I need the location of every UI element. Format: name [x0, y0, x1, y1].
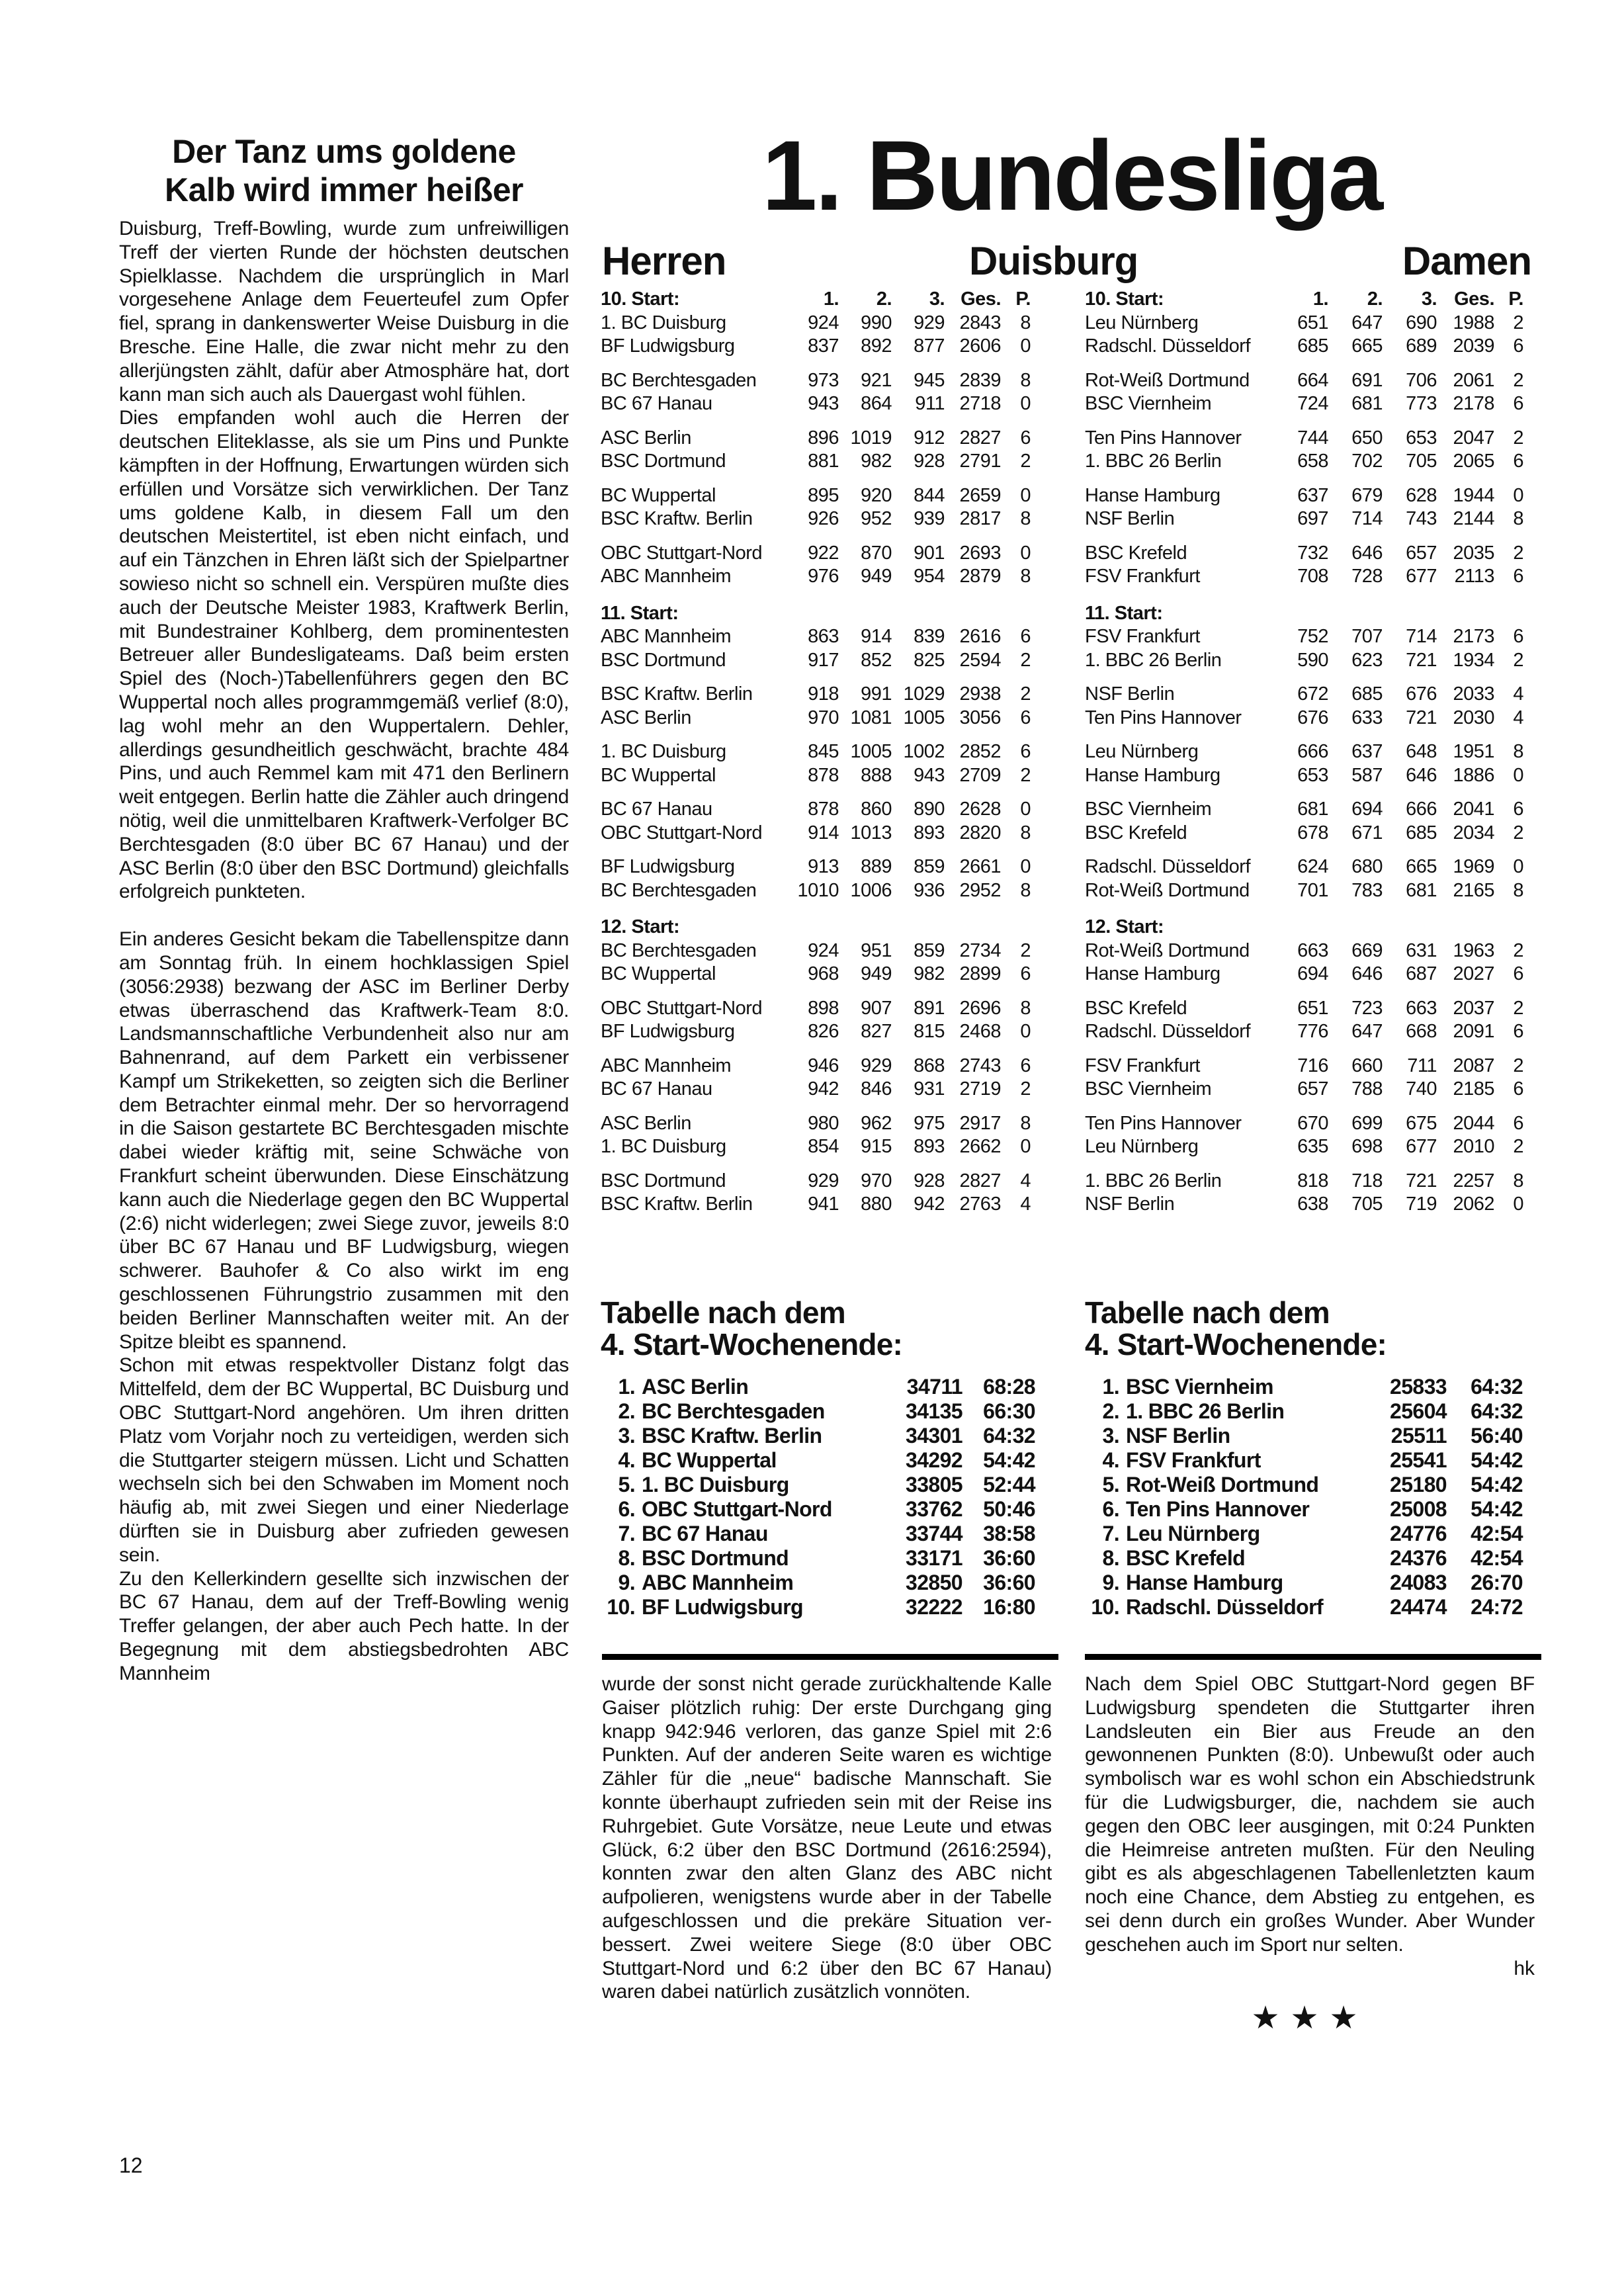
- table-row: 1. BC Duisburg85491589326620: [601, 1135, 1057, 1159]
- score-cell: 721: [1383, 1170, 1437, 1193]
- star-divider-icon: ★★★: [1085, 1999, 1535, 2036]
- score-cell: 718: [1328, 1170, 1383, 1193]
- score-cell: 2185: [1437, 1078, 1494, 1102]
- points: 36:60: [962, 1546, 1035, 1571]
- score-cell: 732: [1282, 542, 1328, 566]
- score-cell: 912: [892, 427, 945, 451]
- points: 64:32: [962, 1424, 1035, 1448]
- column-header-c2: 2.: [1328, 288, 1383, 312]
- damen-heading: Damen: [1402, 238, 1531, 284]
- match-pair: BSC Krefeld73264665720352FSV Frankfurt70…: [1085, 542, 1541, 589]
- table-row: NSF Berlin67268567620334: [1085, 683, 1541, 707]
- table-row: FSV Frankfurt71666071120872: [1085, 1055, 1541, 1078]
- points: 66:30: [962, 1399, 1035, 1424]
- standings-row: 7.BC 67 Hanau3374438:58: [601, 1522, 1057, 1546]
- score-cell: 708: [1282, 565, 1328, 589]
- score-cell: 687: [1383, 963, 1437, 986]
- match-pair: BSC Dortmund92997092828274BSC Kraftw. Be…: [601, 1170, 1057, 1217]
- score-cell: 2: [1494, 369, 1523, 393]
- score-cell: 4: [1494, 683, 1523, 707]
- score-cell: 863: [792, 625, 839, 649]
- total-pins: 25541: [1364, 1448, 1447, 1473]
- team-name: Rot-Weiß Dortmund: [1126, 1473, 1364, 1497]
- score-cell: 891: [892, 997, 945, 1021]
- section-divider: [1085, 1654, 1541, 1660]
- match-pair: BSC Viernheim68169466620416BSC Krefeld67…: [1085, 798, 1541, 845]
- team-name: BSC Dortmund: [601, 649, 792, 673]
- score-cell: 2709: [945, 764, 1001, 788]
- points: 54:42: [962, 1448, 1035, 1473]
- score-cell: 3056: [945, 707, 1001, 730]
- article-paragraph: Schon mit etwas respektvoller Distanz fo…: [119, 1354, 569, 1567]
- total-pins: 33805: [880, 1473, 962, 1497]
- rank: 5.: [1085, 1473, 1126, 1497]
- table-row: ABC Mannheim94692986827436: [601, 1055, 1057, 1078]
- score-cell: 2065: [1437, 450, 1494, 474]
- score-cell: 647: [1328, 1020, 1383, 1044]
- score-cell: 707: [1328, 625, 1383, 649]
- score-cell: 8: [1494, 879, 1523, 903]
- match-pair: FSV Frankfurt71666071120872BSC Viernheim…: [1085, 1055, 1541, 1102]
- team-name: ABC Mannheim: [642, 1571, 880, 1595]
- author-signature: hk: [1085, 1957, 1535, 1981]
- score-cell: 681: [1328, 392, 1383, 416]
- round-block: 10. Start:1.2.3.Ges.P.1. BC Duisburg9249…: [601, 288, 1057, 589]
- table-row: 1. BC Duisburg92499092928438: [601, 312, 1057, 335]
- score-cell: 1944: [1437, 484, 1494, 508]
- score-cell: 888: [839, 764, 892, 788]
- column-header-c3: 3.: [1383, 288, 1437, 312]
- match-pair: BC Berchtesgaden97392194528398BC 67 Hana…: [601, 369, 1057, 416]
- standings-title: Tabelle nach dem 4. Start-Wochenende:: [1085, 1297, 1541, 1360]
- match-pair: ASC Berlin896101991228276BSC Dortmund881…: [601, 427, 1057, 474]
- rank: 3.: [601, 1424, 642, 1448]
- score-cell: 1005: [892, 707, 945, 730]
- standings-row: 2.1. BBC 26 Berlin2560464:32: [1085, 1399, 1541, 1424]
- score-cell: 1951: [1437, 740, 1494, 764]
- score-cell: 668: [1383, 1020, 1437, 1044]
- team-name: BSC Krefeld: [1126, 1546, 1364, 1571]
- score-cell: 913: [792, 855, 839, 879]
- score-cell: 911: [892, 392, 945, 416]
- score-cell: 1963: [1437, 939, 1494, 963]
- total-pins: 33744: [880, 1522, 962, 1546]
- score-cell: 2039: [1437, 335, 1494, 359]
- score-cell: 870: [839, 542, 892, 566]
- score-cell: 2763: [945, 1193, 1001, 1217]
- table-row: Hanse Hamburg69464668720276: [1085, 963, 1541, 986]
- points: 64:32: [1447, 1375, 1523, 1399]
- rank: 4.: [601, 1448, 642, 1473]
- table-row: BSC Krefeld67867168520342: [1085, 822, 1541, 845]
- article-body: Duisburg, Treff-Bowling, wurde zum unfre…: [119, 217, 569, 1686]
- table-row: BSC Dortmund92997092828274: [601, 1170, 1057, 1193]
- score-cell: 878: [792, 764, 839, 788]
- score-cell: 2173: [1437, 625, 1494, 649]
- score-cell: 631: [1383, 939, 1437, 963]
- team-name: BSC Viernheim: [1126, 1375, 1364, 1399]
- match-pair: BF Ludwigsburg91388985926610BC Berchtesg…: [601, 855, 1057, 902]
- table-row: BC Wuppertal89592084426590: [601, 484, 1057, 508]
- score-cell: 0: [1494, 764, 1523, 788]
- team-name: ASC Berlin: [601, 427, 792, 451]
- team-name: Ten Pins Hannover: [1085, 427, 1282, 451]
- score-cell: 657: [1383, 542, 1437, 566]
- section-headings: Herren Duisburg Damen: [599, 238, 1531, 284]
- team-name: BC Wuppertal: [601, 484, 792, 508]
- standings-title: Tabelle nach dem 4. Start-Wochenende:: [601, 1297, 1057, 1360]
- score-cell: 6: [1494, 963, 1523, 986]
- score-cell: 952: [839, 507, 892, 531]
- table-row: BC Wuppertal96894998228996: [601, 963, 1057, 986]
- round-header: 11. Start:: [1085, 602, 1541, 626]
- score-cell: 2659: [945, 484, 1001, 508]
- score-cell: 650: [1328, 427, 1383, 451]
- team-name: OBC Stuttgart-Nord: [601, 542, 792, 566]
- score-cell: 890: [892, 798, 945, 822]
- team-name: 1. BC Duisburg: [601, 1135, 792, 1159]
- score-cell: 676: [1383, 683, 1437, 707]
- score-cell: 898: [792, 997, 839, 1021]
- score-cell: 6: [1494, 1020, 1523, 1044]
- score-cell: 2718: [945, 392, 1001, 416]
- rank: 1.: [1085, 1375, 1126, 1399]
- score-cell: 679: [1328, 484, 1383, 508]
- score-cell: 714: [1383, 625, 1437, 649]
- score-cell: 926: [792, 507, 839, 531]
- table-row: Rot-Weiß Dortmund66366963119632: [1085, 939, 1541, 963]
- score-cell: 664: [1282, 369, 1328, 393]
- score-cell: 694: [1328, 798, 1383, 822]
- table-row: BC 67 Hanau94386491127180: [601, 392, 1057, 416]
- rank: 6.: [601, 1497, 642, 1522]
- score-cell: 859: [892, 939, 945, 963]
- table-row: BSC Viernheim72468177321786: [1085, 392, 1541, 416]
- table-row: FSV Frankfurt75270771421736: [1085, 625, 1541, 649]
- score-cell: 8: [1001, 822, 1031, 845]
- score-cell: 2743: [945, 1055, 1001, 1078]
- points: 50:46: [962, 1497, 1035, 1522]
- team-name: BC 67 Hanau: [601, 1078, 792, 1102]
- headline-line-2: Kalb wird immer heißer: [165, 171, 523, 208]
- team-name: OBC Stuttgart-Nord: [642, 1497, 880, 1522]
- score-cell: 743: [1383, 507, 1437, 531]
- score-cell: 2030: [1437, 707, 1494, 730]
- team-name: ASC Berlin: [601, 707, 792, 730]
- score-cell: 8: [1001, 312, 1031, 335]
- score-cell: 2165: [1437, 879, 1494, 903]
- match-pair: OBC Stuttgart-Nord89890789126968BF Ludwi…: [601, 997, 1057, 1044]
- standings-row: 6.Ten Pins Hannover2500854:42: [1085, 1497, 1541, 1522]
- score-cell: 1010: [792, 879, 839, 903]
- table-row: 1. BBC 26 Berlin81871872122578: [1085, 1170, 1541, 1193]
- score-cell: 8: [1001, 997, 1031, 1021]
- score-cell: 773: [1383, 392, 1437, 416]
- score-cell: 0: [1001, 542, 1031, 566]
- score-cell: 941: [792, 1193, 839, 1217]
- rank: 5.: [601, 1473, 642, 1497]
- score-cell: 859: [892, 855, 945, 879]
- score-cell: 854: [792, 1135, 839, 1159]
- score-cell: 837: [792, 335, 839, 359]
- column-header-points: P.: [1494, 288, 1523, 312]
- rank: 4.: [1085, 1448, 1126, 1473]
- score-cell: 2: [1494, 649, 1523, 673]
- rank: 1.: [601, 1375, 642, 1399]
- score-cell: 2: [1494, 1135, 1523, 1159]
- column-header-c1: 1.: [792, 288, 839, 312]
- score-cell: 917: [792, 649, 839, 673]
- score-cell: 2843: [945, 312, 1001, 335]
- total-pins: 33171: [880, 1546, 962, 1571]
- total-pins: 24776: [1364, 1522, 1447, 1546]
- team-name: Hanse Hamburg: [1085, 764, 1282, 788]
- standings-title-line-2: 4. Start-Wochenende:: [1085, 1327, 1387, 1362]
- match-pair: NSF Berlin67268567620334Ten Pins Hannove…: [1085, 683, 1541, 730]
- score-cell: 2791: [945, 450, 1001, 474]
- article-column: Der Tanz ums goldene Kalb wird immer hei…: [119, 132, 569, 1686]
- total-pins: 34135: [880, 1399, 962, 1424]
- table-row: BC Wuppertal87888894327092: [601, 764, 1057, 788]
- match-pair: ABC Mannheim86391483926166BSC Dortmund91…: [601, 625, 1057, 672]
- score-cell: 2041: [1437, 798, 1494, 822]
- score-cell: 666: [1383, 798, 1437, 822]
- total-pins: 34292: [880, 1448, 962, 1473]
- score-cell: 697: [1282, 507, 1328, 531]
- score-cell: 2594: [945, 649, 1001, 673]
- score-cell: 724: [1282, 392, 1328, 416]
- match-pair: 1. BC Duisburg92499092928438BF Ludwigsbu…: [601, 312, 1057, 359]
- score-cell: 0: [1001, 484, 1031, 508]
- team-name: ABC Mannheim: [601, 625, 792, 649]
- score-cell: 929: [792, 1170, 839, 1193]
- score-cell: 716: [1282, 1055, 1328, 1078]
- table-row: BC 67 Hanau94284693127192: [601, 1078, 1057, 1102]
- score-cell: 2662: [945, 1135, 1001, 1159]
- score-cell: 665: [1328, 335, 1383, 359]
- match-pair: 1. BBC 26 Berlin81871872122578NSF Berlin…: [1085, 1170, 1541, 1217]
- score-cell: 954: [892, 565, 945, 589]
- round-block: 11. Start:FSV Frankfurt752707714217361. …: [1085, 602, 1541, 903]
- score-cell: 2: [1494, 822, 1523, 845]
- score-cell: 6: [1494, 1078, 1523, 1102]
- team-name: BC Wuppertal: [601, 963, 792, 986]
- points: 64:32: [1447, 1399, 1523, 1424]
- standings-row: 3.NSF Berlin2551156:40: [1085, 1424, 1541, 1448]
- score-cell: 675: [1383, 1112, 1437, 1136]
- score-cell: 689: [1383, 335, 1437, 359]
- score-cell: 921: [839, 369, 892, 393]
- score-cell: 2113: [1437, 565, 1494, 589]
- score-cell: 973: [792, 369, 839, 393]
- score-cell: 915: [839, 1135, 892, 1159]
- score-cell: 6: [1494, 1112, 1523, 1136]
- score-cell: 914: [792, 822, 839, 845]
- table-row: Ten Pins Hannover67663372120304: [1085, 707, 1541, 730]
- column-header-c3: 3.: [892, 288, 945, 312]
- score-cell: 680: [1328, 855, 1383, 879]
- team-name: BC Berchtesgaden: [601, 939, 792, 963]
- score-cell: 635: [1282, 1135, 1328, 1159]
- table-row: Ten Pins Hannover74465065320472: [1085, 427, 1541, 451]
- score-cell: 2047: [1437, 427, 1494, 451]
- score-cell: 962: [839, 1112, 892, 1136]
- team-name: BSC Kraftw. Berlin: [601, 683, 792, 707]
- team-name: FSV Frankfurt: [1085, 625, 1282, 649]
- team-name: BF Ludwigsburg: [642, 1595, 880, 1620]
- score-cell: 893: [892, 822, 945, 845]
- score-cell: 587: [1328, 764, 1383, 788]
- standings-row: 4.FSV Frankfurt2554154:42: [1085, 1448, 1541, 1473]
- table-row: 1. BBC 26 Berlin59062372119342: [1085, 649, 1541, 673]
- column-header-c2: 2.: [839, 288, 892, 312]
- score-cell: 657: [1282, 1078, 1328, 1102]
- team-name: 1. BC Duisburg: [601, 312, 792, 335]
- score-cell: 6: [1001, 427, 1031, 451]
- score-cell: 826: [792, 1020, 839, 1044]
- round-block: 12. Start:Rot-Weiß Dortmund6636696311963…: [1085, 916, 1541, 1217]
- score-cell: 721: [1383, 707, 1437, 730]
- team-name: BC 67 Hanau: [601, 798, 792, 822]
- score-cell: 914: [839, 625, 892, 649]
- score-cell: 647: [1328, 312, 1383, 335]
- standings-row: 10.Radschl. Düsseldorf2447424:72: [1085, 1595, 1541, 1620]
- standings-row: 9.ABC Mannheim3285036:60: [601, 1571, 1057, 1595]
- table-row: BC Berchtesgaden97392194528398: [601, 369, 1057, 393]
- total-pins: 32850: [880, 1571, 962, 1595]
- standings-title-line-1: Tabelle nach dem: [601, 1295, 845, 1330]
- standings-row: 2.BC Berchtesgaden3413566:30: [601, 1399, 1057, 1424]
- match-pair: Rot-Weiß Dortmund66366963119632Hanse Ham…: [1085, 939, 1541, 986]
- team-name: ASC Berlin: [642, 1375, 880, 1399]
- score-cell: 827: [839, 1020, 892, 1044]
- team-name: 1. BBC 26 Berlin: [1085, 649, 1282, 673]
- team-name: Radschl. Düsseldorf: [1085, 335, 1282, 359]
- team-name: Leu Nürnberg: [1126, 1522, 1364, 1546]
- rank: 10.: [1085, 1595, 1126, 1620]
- team-name: 1. BBC 26 Berlin: [1085, 1170, 1282, 1193]
- score-cell: 2: [1001, 649, 1031, 673]
- score-cell: 951: [839, 939, 892, 963]
- score-cell: 694: [1282, 963, 1328, 986]
- score-cell: 744: [1282, 427, 1328, 451]
- score-cell: 8: [1001, 369, 1031, 393]
- score-cell: 943: [792, 392, 839, 416]
- score-cell: 6: [1494, 392, 1523, 416]
- table-row: NSF Berlin69771474321448: [1085, 507, 1541, 531]
- points: 36:60: [962, 1571, 1035, 1595]
- score-cell: 1002: [892, 740, 945, 764]
- points: 42:54: [1447, 1546, 1523, 1571]
- match-pair: Leu Nürnberg65164769019882Radschl. Düsse…: [1085, 312, 1541, 359]
- total-pins: 32222: [880, 1595, 962, 1620]
- score-cell: 2: [1494, 1055, 1523, 1078]
- team-name: Radschl. Düsseldorf: [1085, 855, 1282, 879]
- score-cell: 2820: [945, 822, 1001, 845]
- score-cell: 2628: [945, 798, 1001, 822]
- standings-row: 4.BC Wuppertal3429254:42: [601, 1448, 1057, 1473]
- score-cell: 931: [892, 1078, 945, 1102]
- score-cell: 705: [1383, 450, 1437, 474]
- score-cell: 929: [839, 1055, 892, 1078]
- team-name: NSF Berlin: [1085, 683, 1282, 707]
- table-row: ASC Berlin9701081100530566: [601, 707, 1057, 730]
- score-cell: 666: [1282, 740, 1328, 764]
- section-divider: [602, 1654, 1058, 1660]
- score-cell: 651: [1282, 997, 1328, 1021]
- table-row: BSC Kraftw. Berlin92695293928178: [601, 507, 1057, 531]
- match-pair: BSC Kraftw. Berlin918991102929382ASC Ber…: [601, 683, 1057, 730]
- team-name: BSC Kraftw. Berlin: [601, 1193, 792, 1217]
- match-pair: BSC Krefeld65172366320372Radschl. Düssel…: [1085, 997, 1541, 1044]
- score-cell: 982: [892, 963, 945, 986]
- headline-line-1: Der Tanz ums goldene: [172, 133, 516, 170]
- table-row: Rot-Weiß Dortmund66469170620612: [1085, 369, 1541, 393]
- score-cell: 653: [1282, 764, 1328, 788]
- score-cell: 711: [1383, 1055, 1437, 1078]
- table-row: Rot-Weiß Dortmund70178368121658: [1085, 879, 1541, 903]
- rank: 10.: [601, 1595, 642, 1620]
- round-label: 10. Start:: [1085, 288, 1282, 312]
- team-name: BC Wuppertal: [601, 764, 792, 788]
- team-name: Radschl. Düsseldorf: [1126, 1595, 1364, 1620]
- team-name: BC Berchtesgaden: [601, 879, 792, 903]
- table-row: BSC Krefeld73264665720352: [1085, 542, 1541, 566]
- score-cell: 637: [1328, 740, 1383, 764]
- article-paragraph: Duisburg, Treff-Bowling, wurde zum unfre…: [119, 217, 569, 406]
- team-name: Leu Nürnberg: [1085, 1135, 1282, 1159]
- team-name: BSC Viernheim: [1085, 392, 1282, 416]
- score-cell: 2879: [945, 565, 1001, 589]
- team-name: FSV Frankfurt: [1085, 1055, 1282, 1078]
- score-cell: 2037: [1437, 997, 1494, 1021]
- herren-continuation: wurde der sonst nicht gerade zurückhal­t…: [602, 1672, 1052, 2004]
- score-cell: 637: [1282, 484, 1328, 508]
- score-cell: 868: [892, 1055, 945, 1078]
- team-name: Rot-Weiß Dortmund: [1085, 879, 1282, 903]
- rank: 9.: [601, 1571, 642, 1595]
- score-cell: 2: [1001, 764, 1031, 788]
- team-name: ABC Mannheim: [601, 1055, 792, 1078]
- score-cell: 895: [792, 484, 839, 508]
- table-row: NSF Berlin63870571920620: [1085, 1193, 1541, 1217]
- match-pair: BC 67 Hanau87886089026280OBC Stuttgart-N…: [601, 798, 1057, 845]
- points: 68:28: [962, 1375, 1035, 1399]
- rank: 3.: [1085, 1424, 1126, 1448]
- score-cell: 783: [1328, 879, 1383, 903]
- score-cell: 4: [1494, 707, 1523, 730]
- table-row: FSV Frankfurt70872867721136: [1085, 565, 1541, 589]
- total-pins: 25008: [1364, 1497, 1447, 1522]
- score-cell: 719: [1383, 1193, 1437, 1217]
- article-headline: Der Tanz ums goldene Kalb wird immer hei…: [119, 132, 569, 209]
- herren-heading: Herren: [602, 238, 726, 284]
- score-cell: 8: [1001, 879, 1031, 903]
- score-cell: 6: [1494, 798, 1523, 822]
- score-cell: 2: [1001, 939, 1031, 963]
- match-pair: Hanse Hamburg63767962819440NSF Berlin697…: [1085, 484, 1541, 531]
- table-row: OBC Stuttgart-Nord92287090126930: [601, 542, 1057, 566]
- score-cell: 685: [1328, 683, 1383, 707]
- score-cell: 990: [839, 312, 892, 335]
- score-cell: 2938: [945, 683, 1001, 707]
- score-cell: 845: [792, 740, 839, 764]
- score-cell: 901: [892, 542, 945, 566]
- score-cell: 624: [1282, 855, 1328, 879]
- total-pins: 33762: [880, 1497, 962, 1522]
- score-cell: 8: [1001, 507, 1031, 531]
- standings-row: 9.Hanse Hamburg2408326:70: [1085, 1571, 1541, 1595]
